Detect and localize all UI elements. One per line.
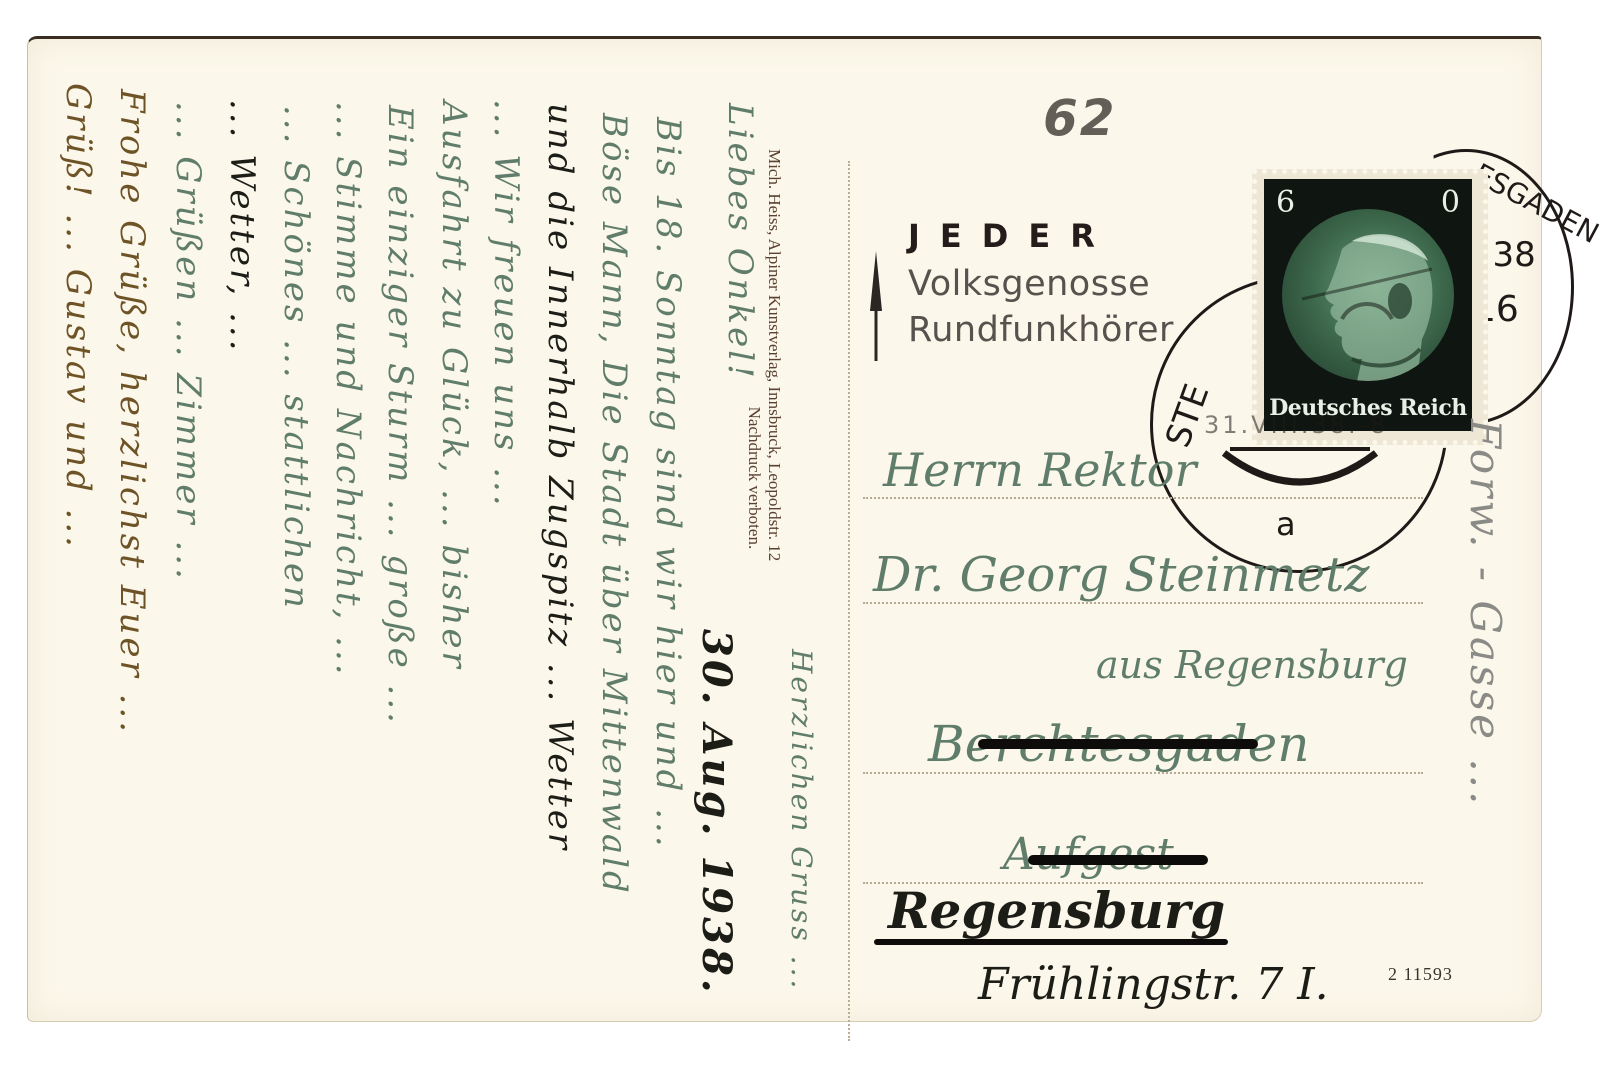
publisher-imprint: Mich. Heiss, Alpiner Kunstverlag, Innsbr… [744, 149, 784, 561]
round-cancel-bar-icon [1220, 441, 1380, 501]
strikethrough-mark [978, 739, 1258, 749]
message-line: ... Schönes ... stattlichen [276, 105, 316, 611]
message-line: ... Wetter, ... [222, 99, 262, 354]
message-line: Grüß! ... Gustav und ... [58, 83, 98, 550]
imprint-line-1: Mich. Heiss, Alpiner Kunstverlag, Innsbr… [764, 149, 784, 561]
postage-stamp: 6 0 Deutsches Reich [1252, 169, 1488, 445]
slogan-cancel: JEDER Volksgenosse Rundfunkhörer [908, 217, 1174, 353]
imprint-line-2: Nachdruck verboten. [744, 149, 764, 561]
address-salutation: Herrn Rektor [883, 443, 1196, 497]
message-line: Böse Mann, Die Stadt über Mittenwald [594, 113, 634, 896]
catalog-number: 2 11593 [1388, 964, 1453, 985]
redirect-underline [874, 939, 1228, 945]
side-pencil-note: Forw. - Gasse ... [1461, 419, 1510, 807]
message-line: ... Stimme und Nachricht, ... [328, 101, 368, 678]
card-divider [848, 161, 850, 1041]
slogan-line-2: Volksgenosse [908, 261, 1174, 307]
redirect-city: Regensburg [888, 881, 1225, 940]
round-cancel-date: 31.VIII.38.-8 [1204, 411, 1389, 439]
message-line: ... Wir freuen uns ... [486, 99, 526, 509]
slogan-arrow-icon [866, 251, 886, 361]
slogan-line-1: JEDER [908, 217, 1174, 261]
message-line: ... Grüßen ... Zimmer ... [168, 101, 208, 582]
message-line: Ein einziger Sturm ... große ... [380, 105, 420, 726]
address-line-rule [863, 497, 1423, 499]
pencil-note: 62 [1043, 89, 1117, 147]
message-date: 30. Aug. 1938. [693, 629, 740, 996]
message-line: und die Innerhalb Zugspitz ... Wetter [540, 103, 580, 852]
message-line: Bis 18. Sonntag sind wir hier und ... [648, 117, 688, 850]
message-line: Frohe Grüße, herzlichst Euer ... [112, 89, 152, 735]
redirect-street: Frühlingstr. 7 I. [978, 959, 1329, 1010]
stamp-face: 6 0 Deutsches Reich [1264, 179, 1472, 431]
postcard: 62 Liebes Onkel! 30. Aug. 1938. Bis 18. … [27, 36, 1542, 1022]
slogan-line-3: Rundfunkhörer [908, 307, 1174, 353]
margin-note: Herzlichen Gruss ... [785, 649, 818, 991]
stamp-portrait-icon [1282, 209, 1454, 381]
address-name: Dr. Georg Steinmetz [873, 547, 1370, 603]
round-cancel-letter: a [1276, 505, 1296, 543]
address-origin: aus Regensburg [1096, 643, 1408, 687]
strikethrough-mark [1028, 855, 1208, 865]
message-line: Ausfahrt zu Glück, ... bisher [434, 101, 474, 671]
